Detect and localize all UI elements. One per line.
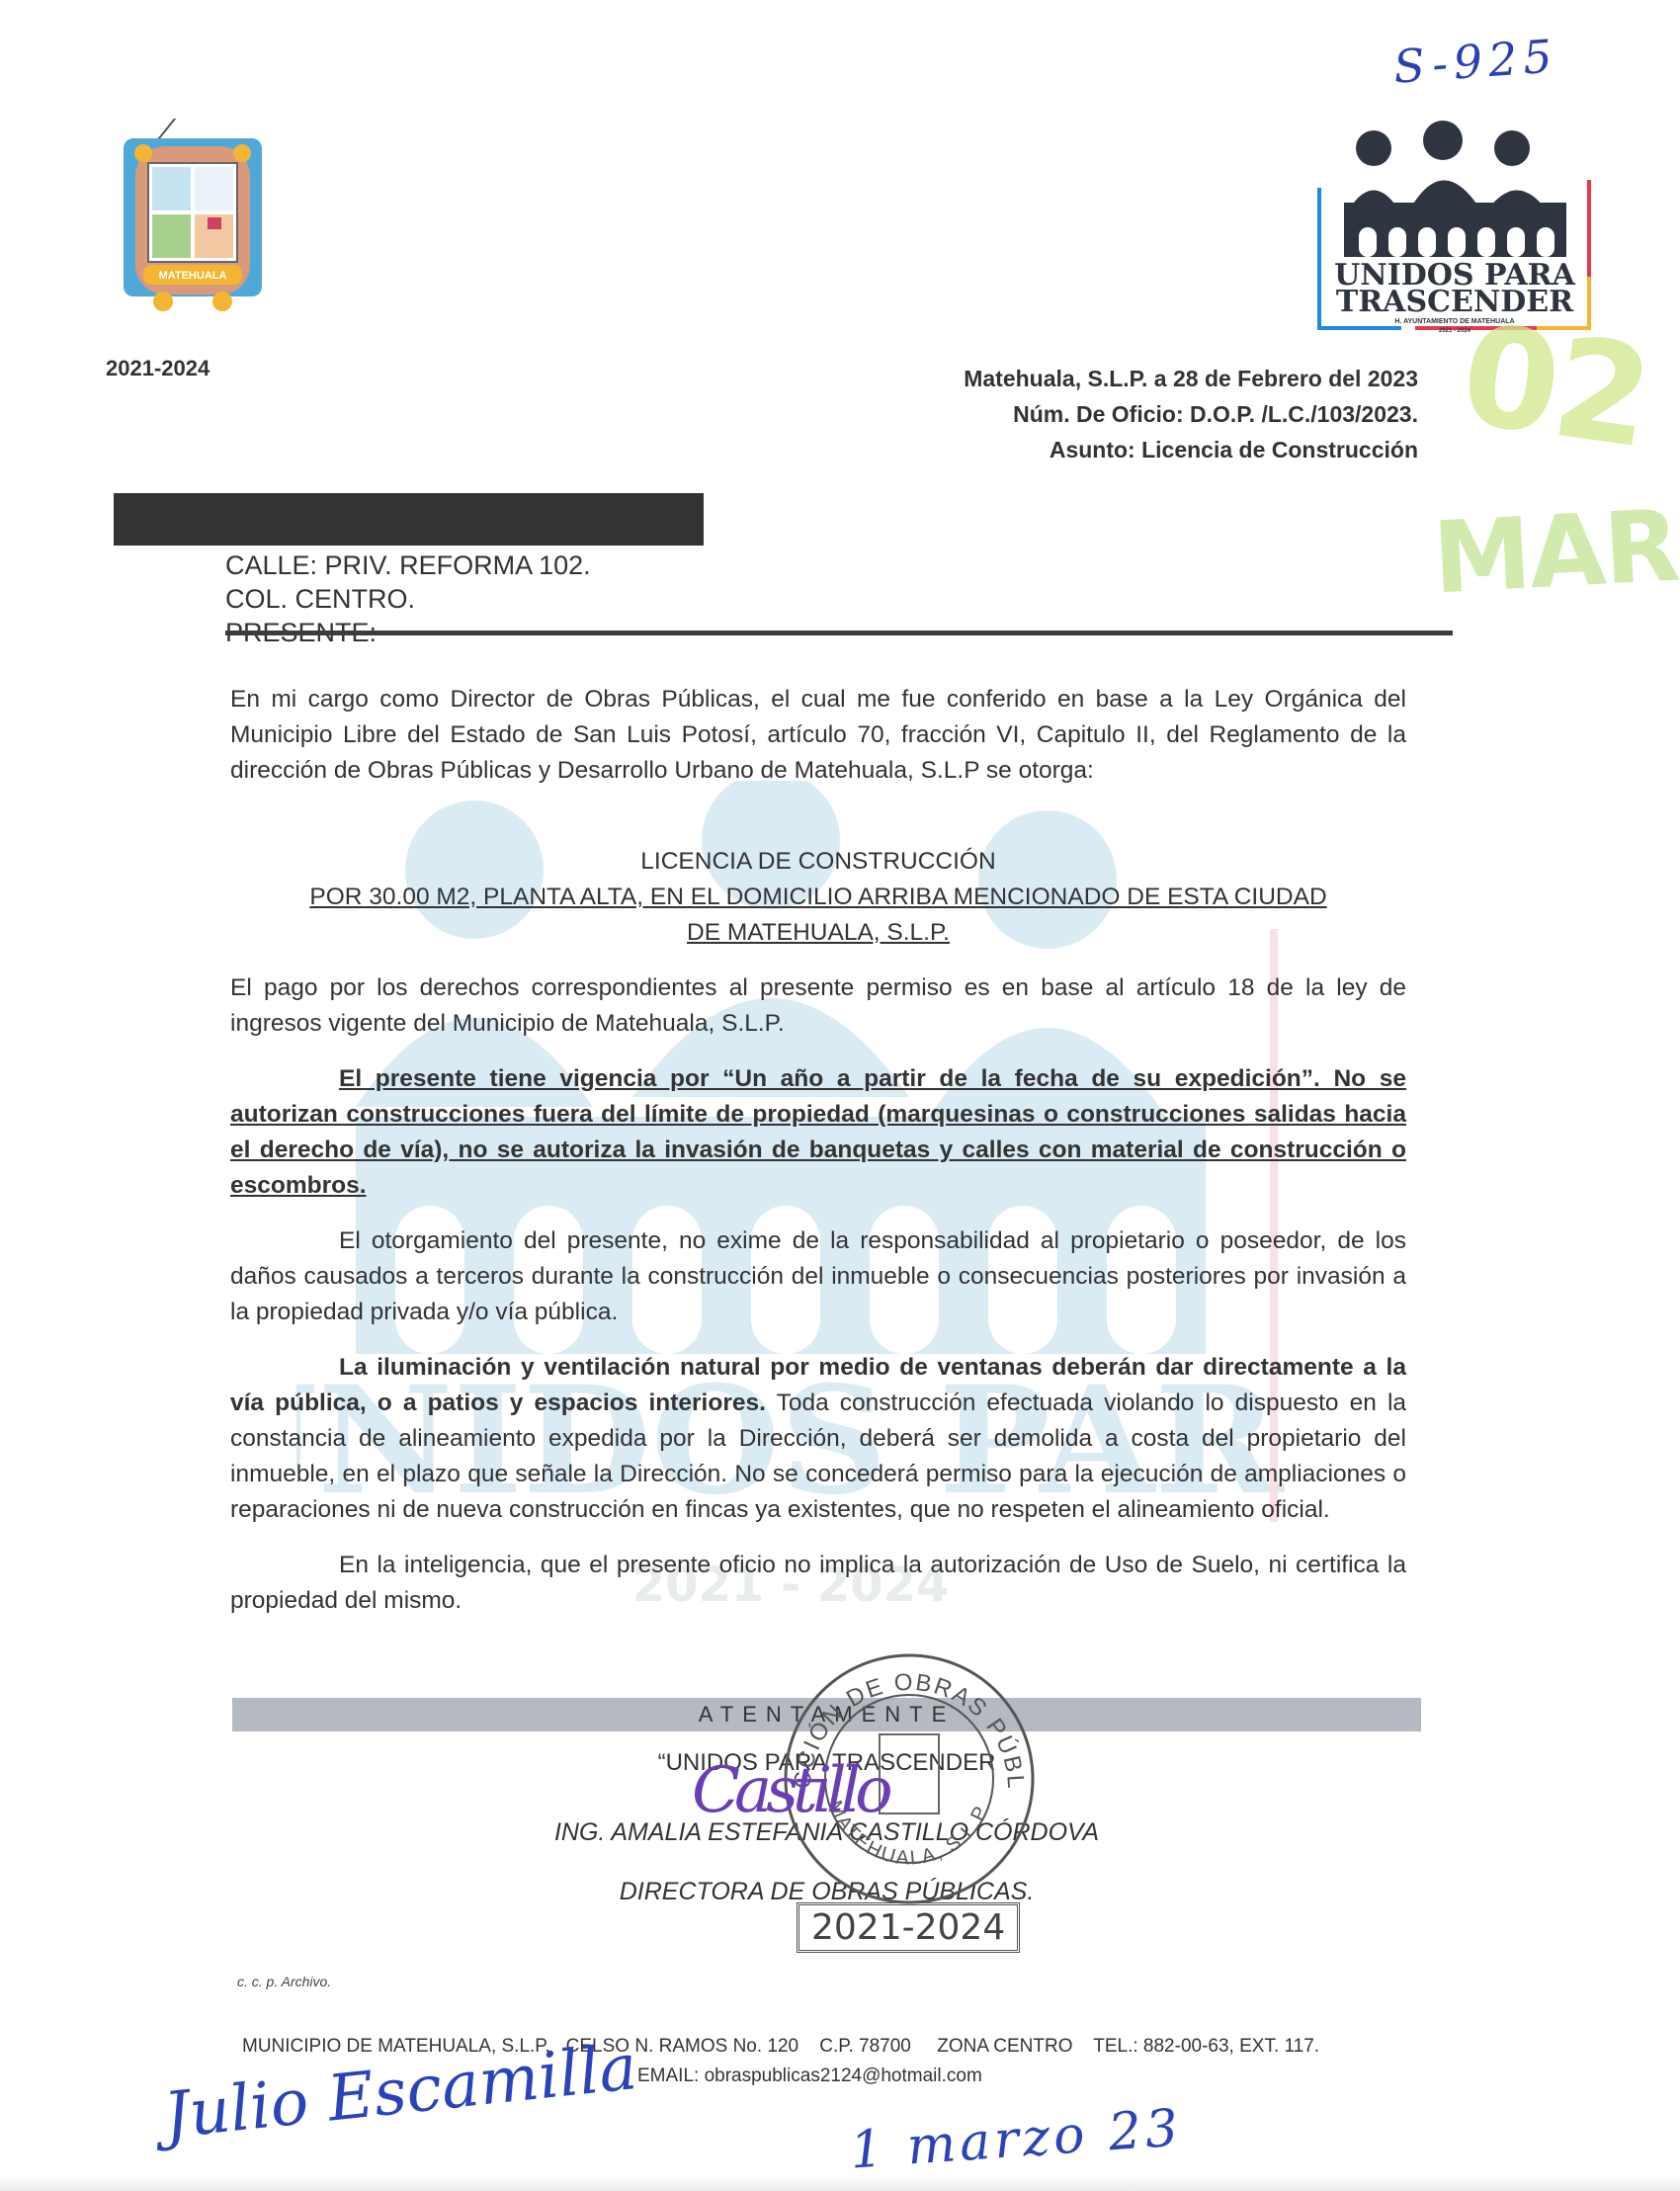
body-paragraph-authority: En mi cargo como Director de Obras Públi…: [230, 682, 1406, 789]
body-paragraph-payment: El pago por los derechos correspondiente…: [230, 970, 1406, 1042]
received-stamp-month: MAR: [1430, 488, 1680, 617]
svg-text:2021 - 2024: 2021 - 2024: [1439, 328, 1471, 334]
recipient-street: CALLE: PRIV. REFORMA 102.: [225, 548, 591, 582]
body-paragraph-liability: El otorgamiento del presente, no exime d…: [230, 1223, 1406, 1330]
license-detail: POR 30.00 M2, PLANTA ALTA, EN EL DOMICIL…: [230, 880, 1406, 951]
letter-header-block: Matehuala, S.L.P. a 28 de Febrero del 20…: [964, 361, 1418, 467]
handwritten-folio-number: S-925: [1391, 29, 1559, 93]
carbon-copy-note: c. c. p. Archivo.: [237, 1974, 331, 1989]
redacted-recipient-name: [114, 493, 704, 546]
place-date: Matehuala, S.L.P. a 28 de Febrero del 20…: [964, 361, 1418, 396]
term-stamp: 2021-2024: [797, 1902, 1020, 1953]
received-date-handwritten: 1 marzo 23: [848, 2098, 1184, 2180]
body-paragraph-ventilation: La iluminación y ventilación natural por…: [230, 1350, 1406, 1528]
header-divider: [225, 631, 1453, 635]
received-stamp-day: 02: [1453, 295, 1658, 479]
body-paragraph-validity: El presente tiene vigencia por “Un año a…: [230, 1061, 1406, 1204]
subject-line: Asunto: Licencia de Construcción: [964, 432, 1418, 467]
footer-email: EMAIL: obraspublicas2124@hotmail.com: [637, 2065, 982, 2087]
oficio-number: Núm. De Oficio: D.O.P. /L.C./103/2023.: [964, 396, 1418, 432]
letter-body: En mi cargo como Director de Obras Públi…: [230, 682, 1406, 1619]
municipal-crest-logo: MATEHUALA: [114, 119, 272, 316]
administration-term-label: 2021-2024: [106, 356, 210, 381]
body-paragraph-land-use: En la inteligencia, que el presente ofic…: [230, 1548, 1406, 1619]
recipient-colony: COL. CENTRO.: [225, 582, 591, 616]
handwritten-signature: Castillo: [692, 1754, 887, 1827]
svg-text:MATEHUALA: MATEHUALA: [159, 270, 227, 282]
license-title: LICENCIA DE CONSTRUCCIÓN: [230, 844, 1406, 880]
page-edge: [0, 2174, 1680, 2191]
